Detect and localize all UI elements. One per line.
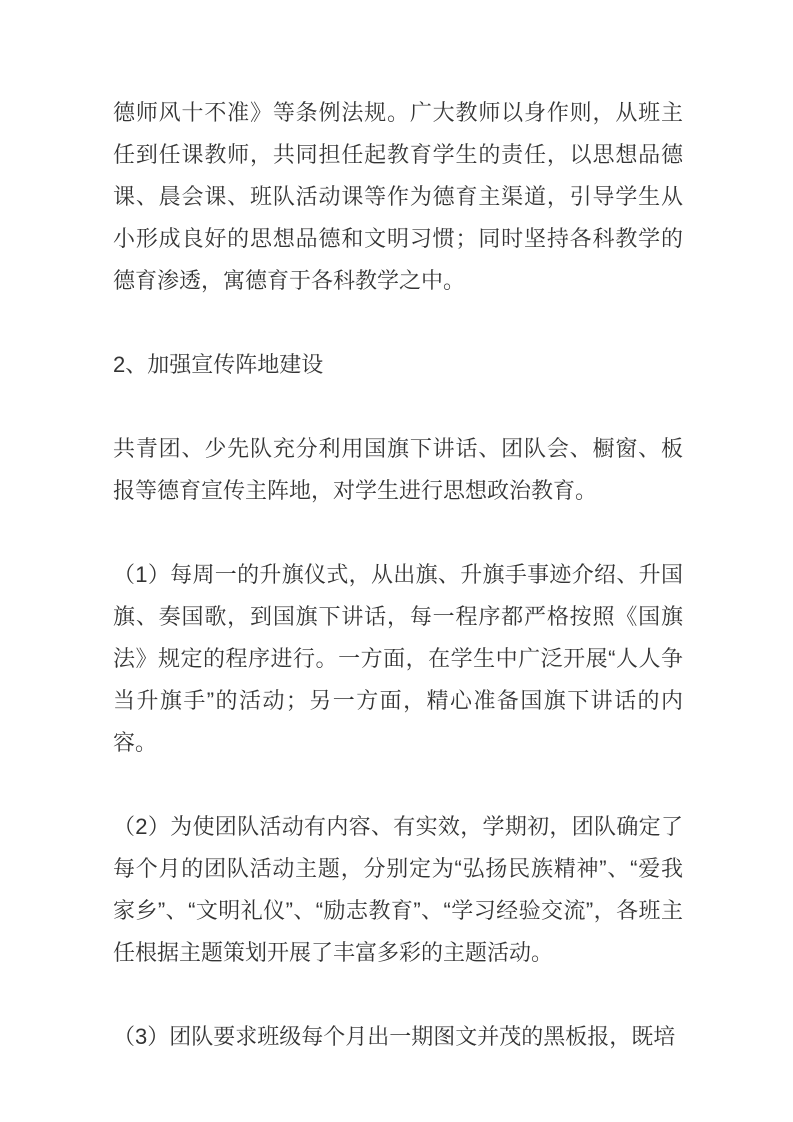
- paragraph-publicity: 共青团、少先队充分利用国旗下讲话、团队会、橱窗、板报等德育宣传主阵地，对学生进行…: [113, 428, 683, 512]
- paragraph-item-2: （2）为使团队活动有内容、有实效，学期初，团队确定了每个月的团队活动主题，分别定…: [113, 806, 683, 974]
- paragraph-item-3: （3）团队要求班级每个月出一期图文并茂的黑板报，既培: [113, 1016, 683, 1058]
- section-heading: 2、加强宣传阵地建设: [113, 344, 683, 386]
- document-page: 德师风十不准》等条例法规。广大教师以身作则，从班主任到任课教师，共同担任起教育学…: [0, 0, 793, 1122]
- paragraph-item-1: （1）每周一的升旗仪式，从出旗、升旗手事迹介绍、升国旗、奏国歌，到国旗下讲话，每…: [113, 554, 683, 764]
- paragraph-continuation: 德师风十不准》等条例法规。广大教师以身作则，从班主任到任课教师，共同担任起教育学…: [113, 92, 683, 302]
